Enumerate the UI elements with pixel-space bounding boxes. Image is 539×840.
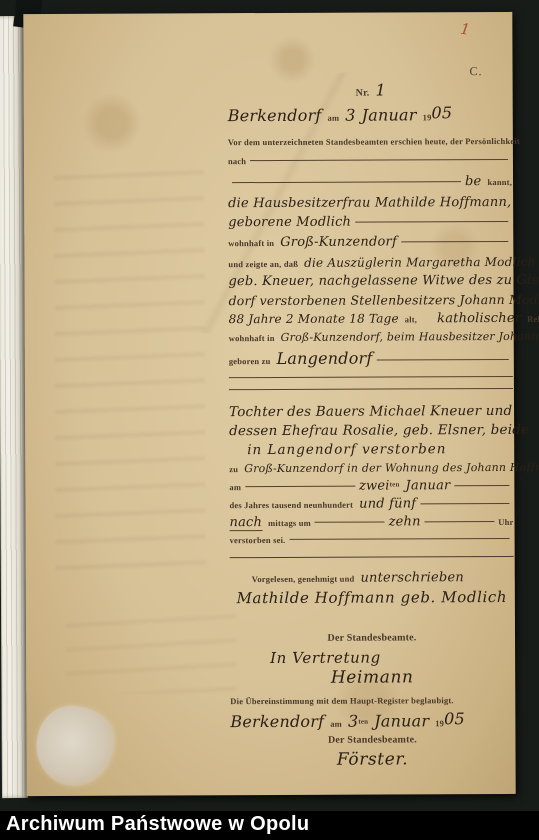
- age-written: 88 Jahre 2 Monate 18 Tage: [229, 311, 399, 326]
- vorgelesen-line: Vorgelesen, genehmigt und unterschrieben: [252, 570, 514, 586]
- alt-label: alt,: [405, 314, 417, 324]
- ten2-label: ten: [358, 718, 368, 726]
- report-line: und zeigte an, daß die Auszüglerin Marga…: [228, 255, 512, 270]
- registrar-title-line: Der Standesbeamte.: [230, 632, 514, 644]
- parents-line-2: dessen Ehefrau Rosalie, geb. Elsner, bei…: [229, 422, 513, 439]
- kannt-label: kannt,: [487, 177, 512, 187]
- form-block: Nr. 1 Berkendorf am 3 Januar 19 05 Vor d…: [228, 80, 515, 770]
- birthplace-line: geboren zu Langendorf: [229, 348, 513, 368]
- blank-rule: [229, 388, 513, 390]
- death-day-written: zwei: [359, 478, 390, 493]
- deceased-line-2: geb. Kneuer, nachgelassene Witwe des zu …: [228, 273, 512, 289]
- blank-rule: [229, 376, 513, 378]
- unterschrieben-written: unterschrieben: [360, 570, 464, 585]
- parents-line-1: Tochter des Bauers Michael Kneuer und: [229, 403, 513, 420]
- residence2-written: Groß-Kunzendorf, beim Hausbesitzer Johan…: [281, 330, 539, 344]
- death-time-line: nach mittags um zehn Uhr: [229, 514, 513, 531]
- nach-line: nach: [228, 155, 512, 166]
- declarant-line-2: geborene Modlich: [228, 214, 512, 230]
- uhr-label: Uhr: [498, 517, 513, 527]
- time-prefix-written: nach: [229, 515, 262, 531]
- place-written: Berkendorf: [228, 106, 322, 125]
- zeigte-label: und zeigte an, daß: [228, 259, 298, 269]
- wohnhaft-label: wohnhaft in: [228, 238, 274, 248]
- bekannt-line: be kannt,: [228, 174, 512, 190]
- am2-label: am: [229, 482, 241, 492]
- record-number-line: Nr. 1: [356, 80, 512, 100]
- archive-caption-bar: Archiwum Państwowe w Opolu: [0, 811, 539, 840]
- place2-written: Berkendorf: [230, 712, 324, 731]
- registrar2-title-line: Der Standesbeamte.: [230, 734, 514, 746]
- registrar-signature: Heimann: [331, 667, 414, 687]
- father-written: Tochter des Bauers Michael Kneuer und: [229, 403, 512, 420]
- registrar-signature-line: Heimann: [230, 667, 514, 688]
- vertretung-written: In Vertretung: [270, 649, 381, 667]
- birthplace-written: Langendorf: [277, 349, 373, 368]
- document-page: 1 C. Nr. 1 Berkendorf am 3 Januar 19 05 …: [23, 12, 515, 796]
- hour-written: zehn: [389, 514, 421, 529]
- intro-line: Vor dem unterzeichneten Standesbeamten e…: [228, 136, 512, 147]
- blank-rule: [425, 521, 495, 522]
- month-written: Januar: [362, 105, 417, 124]
- death-year-line: des Jahres tausend neunhundert und fünf: [229, 496, 513, 512]
- blank-rule: [420, 503, 509, 504]
- verstorben-label: verstorben sei.: [230, 535, 286, 545]
- year-words-written: und fünf: [359, 496, 416, 511]
- death-day-line: am zwei ten Januar: [229, 478, 513, 494]
- year2-printed: 19: [435, 718, 444, 728]
- parents-line-3: in Langendorf verstorben: [229, 441, 513, 458]
- mother-written: dessen Ehefrau Rosalie, geb. Elsner, bei…: [229, 422, 529, 439]
- archive-name: Archiwum Państwowe w Opolu: [6, 813, 309, 836]
- blank-rule: [454, 485, 509, 486]
- mittags-label: mittags um: [268, 518, 311, 528]
- death-place-line: zu Groß-Kunzendorf in der Wohnung des Jo…: [229, 461, 513, 475]
- death-place-written: Groß-Kunzendorf in der Wohnung des Johan…: [244, 461, 539, 475]
- be-written: be: [465, 174, 481, 189]
- certification-date-line: Berkendorf am 3 ten Januar 19 05: [230, 711, 514, 731]
- nr-label: Nr.: [356, 88, 370, 99]
- divider-rule: [230, 554, 514, 558]
- religion-label: Religion,: [527, 314, 539, 324]
- deceased-husband-written: dorf verstorbenen Stellenbesitzers Johan…: [229, 292, 539, 308]
- nach-label: nach: [228, 156, 246, 166]
- residence-written: Groß-Kunzendorf: [280, 234, 397, 250]
- intro-text: Vor dem unterzeichneten Standesbeamten e…: [228, 136, 520, 147]
- place-date-line: Berkendorf am 3 Januar 19 05: [228, 105, 512, 125]
- day-written: 3: [345, 106, 355, 125]
- religion-written: katholischer: [437, 311, 521, 326]
- blank-rule: [355, 221, 508, 223]
- empty-rule-line-1: [229, 379, 513, 381]
- blank-rule: [401, 241, 508, 242]
- blank-rule: [245, 486, 355, 487]
- deceased-line-3: dorf verstorbenen Stellenbesitzers Johan…: [229, 292, 513, 308]
- section-letter: C.: [470, 64, 483, 79]
- month2-written: Januar: [374, 711, 429, 730]
- zu-label: zu: [229, 464, 238, 474]
- am3-label: am: [330, 719, 342, 729]
- year-written: 05: [431, 103, 452, 122]
- death-month-written: Januar: [406, 478, 451, 493]
- page-number-annotation: 1: [460, 20, 472, 39]
- deceased-widow-written: geb. Kneuer, nachgelassene Witwe des zu …: [228, 273, 539, 289]
- record-number-value: 1: [375, 80, 385, 99]
- blank-rule: [289, 538, 509, 540]
- scan-background: 1 C. Nr. 1 Berkendorf am 3 Januar 19 05 …: [0, 0, 539, 840]
- certification-label: Die Übereinstimmung mit dem Haupt-Regist…: [230, 695, 453, 706]
- bleedthrough-smudge: [66, 603, 236, 694]
- parents-status-written: in Langendorf verstorben: [247, 441, 446, 458]
- declarant-signature-line: Mathilde Hoffmann geb. Modlich: [230, 588, 514, 607]
- registrar2-signature: Förster.: [337, 749, 408, 769]
- blank-rule: [376, 359, 508, 361]
- residence-line: wohnhaft in Groß-Kunzendorf: [228, 234, 512, 250]
- blank-rule: [315, 521, 385, 522]
- declarant-line-1: die Hausbesitzerfrau Mathilde Hoffmann,: [228, 195, 512, 211]
- jahr-label: des Jahres tausend neunhundert: [229, 500, 353, 511]
- day2-written: 3: [348, 712, 358, 731]
- standesbeamte2-label: Der Standesbeamte.: [328, 734, 417, 745]
- age-religion-line: 88 Jahre 2 Monate 18 Tage alt, katholisc…: [229, 311, 513, 327]
- blank-rule: [250, 159, 508, 161]
- year2-written: 05: [444, 709, 465, 728]
- am-label: am: [328, 113, 340, 123]
- paper-stain: [36, 706, 114, 786]
- declarant-birthname: geborene Modlich: [228, 215, 351, 231]
- vorgelesen-label: Vorgelesen, genehmigt und: [252, 574, 355, 584]
- verstorben-line: verstorben sei.: [230, 534, 514, 545]
- declarant-signature: Mathilde Hoffmann geb. Modlich: [237, 588, 508, 607]
- geboren-label: geboren zu: [229, 356, 271, 366]
- certification-line: Die Übereinstimmung mit dem Haupt-Regist…: [230, 695, 514, 706]
- empty-rule-line-2: [229, 391, 513, 393]
- ten-label: ten: [390, 480, 400, 488]
- declarant-name: die Hausbesitzerfrau Mathilde Hoffmann,: [228, 195, 511, 211]
- deceased-name-written: die Auszüglerin Margaretha Modlich: [304, 255, 535, 270]
- wohnhaft2-label: wohnhaft in: [229, 333, 275, 343]
- vertretung-line: In Vertretung: [270, 648, 514, 667]
- year-printed: 19: [423, 112, 432, 122]
- standesbeamte-label: Der Standesbeamte.: [328, 632, 417, 643]
- blank-rule: [232, 181, 461, 183]
- residence2-line: wohnhaft in Groß-Kunzendorf, beim Hausbe…: [229, 330, 513, 344]
- registrar2-signature-line: Förster.: [231, 749, 515, 770]
